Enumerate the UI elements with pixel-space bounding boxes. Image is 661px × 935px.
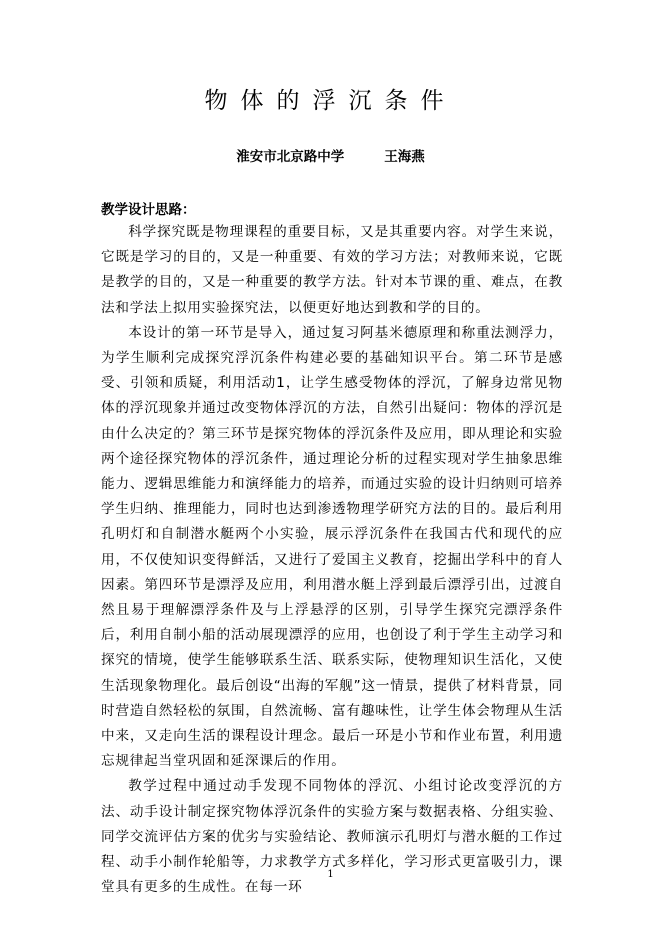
author-line: 淮安市北京路中学王海燕 bbox=[0, 145, 661, 165]
author-name: 王海燕 bbox=[384, 149, 425, 165]
page-number: 1 bbox=[0, 869, 661, 880]
section-heading: 教学设计思路： bbox=[101, 198, 196, 218]
paragraph: 科学探究既是物理课程的重要目标，又是其重要内容。对学生来说，它既是学习的目的，又… bbox=[101, 220, 563, 321]
paragraph: 本设计的第一环节是导入，通过复习阿基米德原理和称重法测浮力，为学生顺利完成探究浮… bbox=[101, 321, 563, 775]
body-text: 科学探究既是物理课程的重要目标，又是其重要内容。对学生来说，它既是学习的目的，又… bbox=[101, 220, 563, 900]
document-page: 物体的浮沉条件 淮安市北京路中学王海燕 教学设计思路： 科学探究既是物理课程的重… bbox=[0, 0, 661, 935]
school-name: 淮安市北京路中学 bbox=[236, 149, 344, 165]
document-title: 物体的浮沉条件 bbox=[0, 82, 661, 115]
paragraph: 教学过程中通过动手发现不同物体的浮沉、小组讨论改变浮沉的方法、动手设计制定探究物… bbox=[101, 774, 563, 900]
